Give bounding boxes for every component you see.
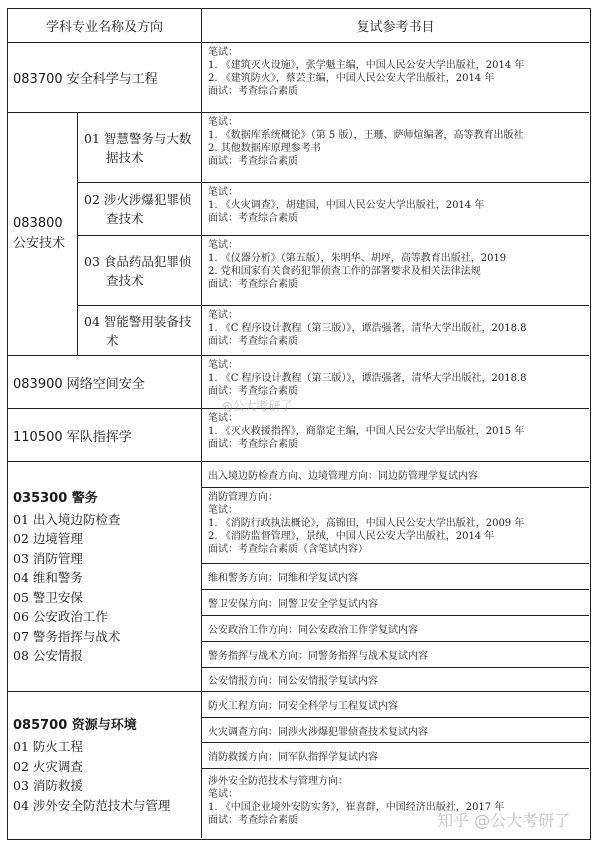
books-083800-03: 笔试： 1. 《仪器分析》（第五版），朱明华、胡坪，高等教育出版社，2019 2… [202, 236, 589, 306]
ref-line: 警务指挥与战术方向：同警务指挥与战术复试内容 [208, 647, 428, 662]
ref-line: 消防救援方向：同军队指挥学复试内容 [208, 748, 378, 763]
books-035300-c: 维和警务方向：同维和学复试内容 [202, 564, 589, 590]
books-035300-d: 警卫安保方向：同警卫安全学复试内容 [202, 590, 589, 616]
direction-item: 01 出入境边防检查 [13, 510, 201, 530]
books-035300-g: 公安情报方向：同公安情报学复试内容 [202, 668, 589, 692]
direction-item: 02 火灾调查 [13, 757, 201, 777]
books-035300-b: 消防管理方向： 笔试： 1. 《消防行政执法概论》，高锦田，中国人民公安大学出版… [202, 488, 589, 564]
books-085700-a: 防火工程方向：同安全科学与工程复试内容 [202, 692, 589, 718]
direction-line: 术 [84, 331, 191, 350]
direction-line: 查技术 [84, 209, 191, 228]
reference-books-table: 学科专业名称及方向 复试参考书目 083700 安全科学与工程 笔试： 1. 《… [7, 8, 591, 840]
ref-line: 公安政治工作方向：同公安政治工作学复试内容 [208, 621, 418, 636]
ref-line: 笔试： [208, 116, 585, 129]
direction-item: 01 防火工程 [13, 737, 201, 757]
subject-083800: 083800 公安技术 [8, 113, 78, 356]
direction-01: 01 智慧警务与大数 据技术 [78, 113, 202, 183]
direction-line: 02 涉火涉爆犯罪侦 [84, 190, 191, 209]
subject-083900: 083900 网络空间安全 [8, 356, 202, 409]
subject-name: 公安技术 [13, 234, 77, 254]
ref-line: 笔试： [208, 46, 585, 59]
direction-item: 03 消防救援 [13, 776, 201, 796]
direction-item: 03 消防管理 [13, 549, 201, 569]
books-083700: 笔试： 1. 《建筑灭火设施》，张学魁主编，中国人民公安大学出版社，2014 年… [202, 43, 589, 113]
ref-line: 出入境边防检查方向、边境管理方向：同边防管理学复试内容 [208, 467, 478, 482]
books-035300-a: 出入境边防检查方向、边境管理方向：同边防管理学复试内容 [202, 462, 589, 488]
books-083800-02: 笔试： 1. 《火灾调查》，胡建国，中国人民公安大学出版社，2014 年 面试：… [202, 183, 589, 236]
ref-line: 笔试： [208, 359, 585, 372]
books-085700-b: 火灾调查方向：同涉火涉爆犯罪侦查技术复试内容 [202, 718, 589, 743]
ref-line: 面试：考查综合素质 [208, 155, 585, 168]
direction-item: 04 涉外安全防范技术与管理 [13, 796, 201, 816]
subject-110500: 110500 军队指挥学 [8, 409, 202, 462]
ref-line: 涉外安全防范技术与管理方向： [208, 775, 585, 788]
books-110500: 笔试： 1. 《灭火救援指挥》，商靠定主编，中国人民公安大学出版社，2015 年… [202, 409, 589, 462]
direction-04: 04 智能警用装备技 术 [78, 306, 202, 356]
header-books-label: 复试参考书目 [356, 16, 434, 35]
ref-line: 面试：考查综合素质 [208, 335, 585, 348]
direction-item: 06 公安政治工作 [13, 607, 201, 627]
direction-line: 03 食品药品犯罪侦 [84, 252, 191, 271]
subject-035300: 035300 警务 01 出入境边防检查 02 边境管理 03 消防管理 04 … [8, 462, 202, 692]
ref-line: 2. 《建筑防火》，蔡芸主编，中国人民公安大学出版社，2014 年 [208, 72, 585, 85]
ref-line: 2. 党和国家有关食药犯罪侦查工作的部署要求及相关法律法规 [208, 265, 585, 278]
ref-line: 面试：考查综合素质 [208, 438, 585, 451]
ref-line: 笔试： [208, 504, 585, 517]
ref-line: 1. 《数据库系统概论》（第 5 版），王珊、萨师煊编著，高等教育出版社 [208, 129, 585, 142]
ref-line: 面试：考查综合素质 [208, 278, 585, 291]
ref-line: 1. 《C 程序设计教程（第三版）》，谭浩强著，清华大学出版社，2018.8 [208, 372, 585, 385]
header-books: 复试参考书目 [202, 9, 589, 43]
direction-line: 据技术 [84, 148, 191, 167]
header-subject-label: 学科专业名称及方向 [46, 16, 163, 35]
direction-item: 05 警卫安保 [13, 588, 201, 608]
subject-083700: 083700 安全科学与工程 [8, 43, 202, 113]
ref-line: 笔试： [208, 239, 585, 252]
ref-line: 公安情报方向：同公安情报学复试内容 [208, 672, 378, 687]
books-035300-e: 公安政治工作方向：同公安政治工作学复试内容 [202, 616, 589, 642]
books-035300-f: 警务指挥与战术方向：同警务指挥与战术复试内容 [202, 642, 589, 668]
ref-line: 1. 《仪器分析》（第五版），朱明华、胡坪，高等教育出版社，2019 [208, 252, 585, 265]
ref-line: 火灾调查方向：同涉火涉爆犯罪侦查技术复试内容 [208, 723, 428, 738]
books-083800-04: 笔试： 1. 《C 程序设计教程（第三版）》，谭浩强著，清华大学出版社，2018… [202, 306, 589, 356]
subject-name: 110500 军队指挥学 [13, 426, 132, 445]
ref-line: 警卫安保方向：同警卫安全学复试内容 [208, 595, 378, 610]
weibo-watermark: ◎公大考研了 [222, 397, 292, 414]
subject-085700: 085700 资源与环境 01 防火工程 02 火灾调查 03 消防救援 04 … [8, 692, 202, 838]
ref-line: 消防管理方向： [208, 491, 585, 504]
ref-line: 面试：考查综合素质（含笔试内容） [208, 543, 585, 556]
subject-code: 035300 警务 [13, 488, 201, 510]
direction-item: 07 警务指挥与战术 [13, 627, 201, 647]
direction-line: 查技术 [84, 271, 191, 290]
direction-line: 04 智能警用装备技 [84, 312, 191, 331]
ref-line: 笔试： [208, 186, 585, 199]
ref-line: 2. 《消防监督管理》，景绒，中国人民公安大学出版社，2014 年 [208, 530, 585, 543]
ref-line: 笔试： [208, 788, 585, 801]
ref-line: 2. 其他数据库原理参考书 [208, 142, 585, 155]
direction-03: 03 食品药品犯罪侦 查技术 [78, 236, 202, 306]
direction-line: 01 智慧警务与大数 [84, 129, 191, 148]
subject-code: 085700 资源与环境 [13, 715, 201, 737]
direction-02: 02 涉火涉爆犯罪侦 查技术 [78, 183, 202, 236]
ref-line: 笔试： [208, 309, 585, 322]
ref-line: 面试：考查综合素质 [208, 85, 585, 98]
ref-line: 1. 《消防行政执法概论》，高锦田，中国人民公安大学出版社，2009 年 [208, 517, 585, 530]
books-085700-c: 消防救援方向：同军队指挥学复试内容 [202, 743, 589, 769]
direction-item: 04 维和警务 [13, 568, 201, 588]
ref-line: 维和警务方向：同维和学复试内容 [208, 569, 358, 584]
subject-name: 083700 安全科学与工程 [13, 68, 158, 87]
ref-line: 1. 《建筑灭火设施》，张学魁主编，中国人民公安大学出版社，2014 年 [208, 59, 585, 72]
ref-line: 1. 《火灾调查》，胡建国，中国人民公安大学出版社，2014 年 [208, 199, 585, 212]
ref-line: 1. 《C 程序设计教程（第三版）》，谭浩强著，清华大学出版社，2018.8 [208, 322, 585, 335]
ref-line: 面试：考查综合素质 [208, 212, 585, 225]
direction-item: 02 边境管理 [13, 529, 201, 549]
subject-code: 083800 [13, 214, 77, 234]
direction-item: 08 公安情报 [13, 646, 201, 666]
subject-name: 083900 网络空间安全 [13, 373, 145, 392]
ref-line: 1. 《灭火救援指挥》，商靠定主编，中国人民公安大学出版社，2015 年 [208, 425, 585, 438]
header-subject: 学科专业名称及方向 [8, 9, 202, 43]
books-083800-01: 笔试： 1. 《数据库系统概论》（第 5 版），王珊、萨师煊编著，高等教育出版社… [202, 113, 589, 183]
ref-line: 防火工程方向：同安全科学与工程复试内容 [208, 697, 398, 712]
zhihu-watermark: 知乎 @公大考研了 [437, 808, 570, 831]
